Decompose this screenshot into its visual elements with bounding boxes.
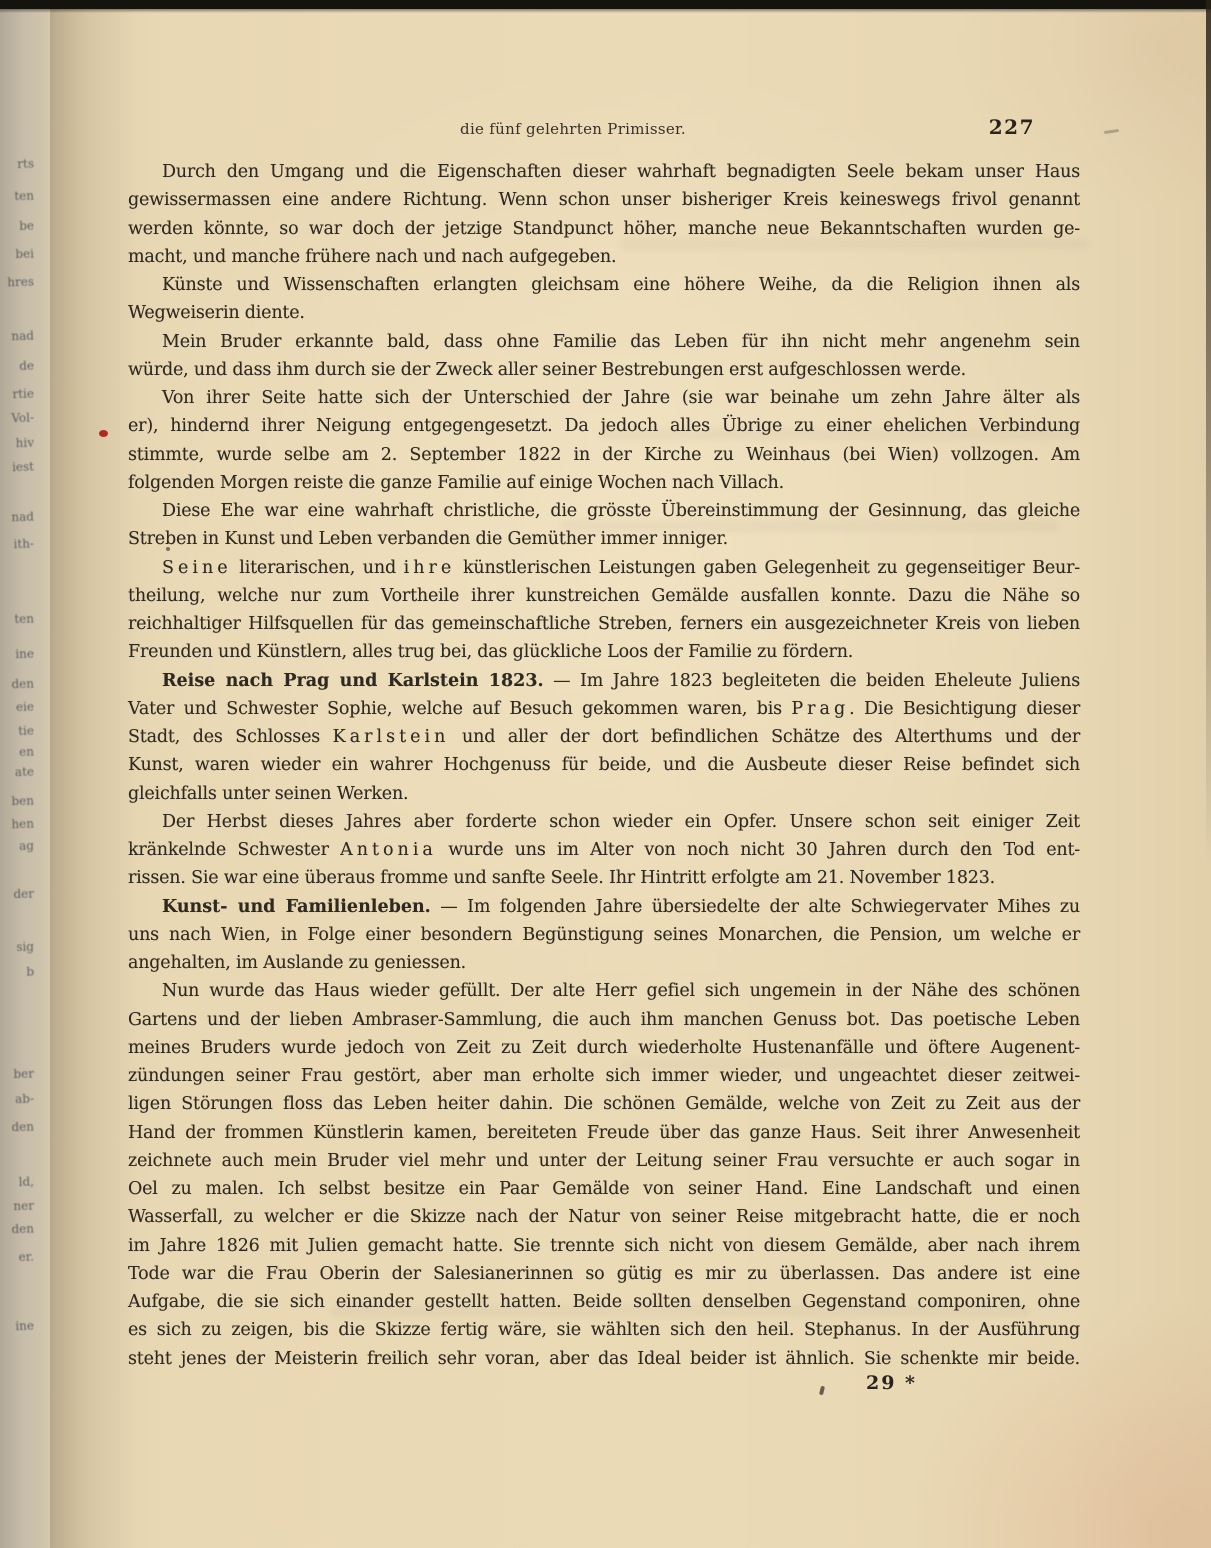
text-line: stimmte, wurde selbe am 2. September 182…	[128, 441, 1080, 469]
text-segment: literarischen, und	[232, 558, 404, 578]
text-segment: Streben in Kunst und Leben verbanden die…	[128, 529, 728, 549]
text-segment: Vater und Schwester Sophie, welche auf B…	[128, 699, 791, 719]
text-segment: gewissermassen eine andere Richtung. Wen…	[128, 190, 1080, 210]
text-line: Tode war die Frau Oberin der Salesianeri…	[128, 1260, 1080, 1288]
text-line: Durch den Umgang und die Eigenschaften d…	[128, 158, 1080, 186]
letterspaced-text: Antonia	[340, 840, 437, 860]
gutter-text-fragment: den	[0, 1222, 34, 1237]
gutter-text-fragment: der	[0, 887, 34, 902]
text-segment: — Im Jahre 1823 begleiteten die beiden E…	[544, 671, 1080, 691]
text-segment: würde, und dass ihm durch sie der Zweck …	[128, 360, 966, 380]
gutter-text-fragment: en	[0, 745, 34, 760]
text-line: angehalten, im Auslande zu geniessen.	[128, 949, 1080, 977]
text-line: Kunst, waren wieder ein wahrer Hochgenus…	[128, 751, 1080, 779]
text-line: Künste und Wissenschaften erlangten glei…	[128, 271, 1080, 299]
text-segment: reichhaltiger Hilfsquellen für das gemei…	[128, 614, 1080, 634]
page-number: 227	[989, 115, 1035, 139]
text-line: Nun wurde das Haus wieder gefüllt. Der a…	[128, 977, 1080, 1005]
paragraph: Mein Bruder erkannte bald, dass ohne Fam…	[128, 328, 1080, 385]
text-segment: Stadt, des Schlosses	[128, 727, 333, 747]
text-line: Oel zu malen. Ich selbst besitze ein Paa…	[128, 1175, 1080, 1203]
running-header-title: die fünf gelehrten Primisser.	[128, 120, 1018, 138]
bold-text: Reise nach Prag und Karlstein 1823.	[162, 671, 544, 691]
text-segment: Der Herbst dieses Jahres aber forderte s…	[162, 812, 1080, 832]
text-line: kränkelnde Schwester Antonia wurde uns i…	[128, 836, 1080, 864]
text-segment: Durch den Umgang und die Eigenschaften d…	[162, 162, 1080, 182]
gutter-text-fragment: ith-	[0, 537, 34, 552]
body-text-block: Durch den Umgang und die Eigenschaften d…	[128, 158, 1080, 1373]
gutter-text-fragment: ld,	[0, 1175, 34, 1190]
text-segment: ligen Störungen floss das Leben heiter d…	[128, 1094, 1080, 1114]
text-segment: . Die Besichtigung dieser	[849, 699, 1080, 719]
gutter-text-fragment: ate	[0, 765, 34, 780]
bold-text: Kunst- und Familienleben.	[162, 897, 431, 917]
text-segment: uns nach Wien, in Folge einer besondern …	[128, 925, 1080, 945]
text-segment: gleichfalls unter seinen Werken.	[128, 784, 408, 804]
text-segment: und aller der dort befindlichen Schätze …	[449, 727, 1080, 747]
text-segment: stimmte, wurde selbe am 2. September 182…	[128, 445, 1080, 465]
text-line: folgenden Morgen reiste die ganze Famili…	[128, 469, 1080, 497]
text-line: macht, und manche frühere nach und nach …	[128, 243, 1080, 271]
gutter-text-fragment: er.	[0, 1250, 34, 1265]
text-line: es sich zu zeigen, bis die Skizze fertig…	[128, 1316, 1080, 1344]
text-line: gewissermassen eine andere Richtung. Wen…	[128, 186, 1080, 214]
gutter-text-fragment: nad	[0, 510, 34, 525]
text-segment: Kunst, waren wieder ein wahrer Hochgenus…	[128, 755, 1080, 775]
gutter-text-fragment: Vol-	[0, 411, 34, 426]
text-line: reichhaltiger Hilfsquellen für das gemei…	[128, 610, 1080, 638]
letterspaced-text: ihre	[404, 558, 456, 578]
text-line: im Jahre 1826 mit Julien gemacht hatte. …	[128, 1232, 1080, 1260]
text-segment: macht, und manche frühere nach und nach …	[128, 247, 616, 267]
text-segment: es sich zu zeigen, bis die Skizze fertig…	[128, 1320, 1080, 1340]
text-line: Streben in Kunst und Leben verbanden die…	[128, 525, 1080, 553]
gutter-text-fragment: ag	[0, 839, 34, 854]
text-line: ligen Störungen floss das Leben heiter d…	[128, 1090, 1080, 1118]
text-line: Hand der frommen Künstlerin kamen, berei…	[128, 1119, 1080, 1147]
text-segment: Hand der frommen Künstlerin kamen, berei…	[128, 1123, 1080, 1143]
text-segment: rissen. Sie war eine überaus fromme und …	[128, 868, 995, 888]
text-line: Wegweiserin diente.	[128, 299, 1080, 327]
pencil-mark	[1104, 129, 1119, 134]
text-line: meines Bruders wurde jedoch von Zeit zu …	[128, 1034, 1080, 1062]
gutter-text-fragment: iest	[0, 460, 34, 475]
gutter-text-fragment: bei	[0, 247, 34, 262]
running-header-row: die fünf gelehrten Primisser. 227	[128, 117, 1080, 143]
gutter-text-fragment: ine	[0, 1319, 34, 1334]
text-segment: meines Bruders wurde jedoch von Zeit zu …	[128, 1038, 1080, 1058]
sheet-signature: 29 *	[866, 1372, 917, 1394]
text-segment: werden könnte, so war doch der jetzige S…	[128, 219, 1080, 239]
text-segment: Wegweiserin diente.	[128, 303, 305, 323]
gutter-text-fragment: nad	[0, 329, 34, 344]
text-segment: künstlerischen Leistungen gaben Gelegenh…	[455, 558, 1080, 578]
gutter-text-fragment: de	[0, 359, 34, 374]
text-segment: Diese Ehe war eine wahrhaft christliche,…	[162, 501, 1080, 521]
paragraph: Seine literarischen, und ihre künstleris…	[128, 554, 1080, 667]
text-line: Reise nach Prag und Karlstein 1823. — Im…	[128, 667, 1080, 695]
text-segment: zeichnete auch mein Bruder viel mehr und…	[128, 1151, 1080, 1171]
gutter-text-fragment: ner	[0, 1199, 34, 1214]
paragraph: Kunst- und Familienleben. — Im folgenden…	[128, 893, 1080, 978]
text-line: Mein Bruder erkannte bald, dass ohne Fam…	[128, 328, 1080, 356]
text-segment: steht jenes der Meisterin freilich sehr …	[128, 1349, 1080, 1369]
text-segment: Freunden und Künstlern, alles trug bei, …	[128, 642, 853, 662]
text-segment: kränkelnde Schwester	[128, 840, 340, 860]
text-segment: folgenden Morgen reiste die ganze Famili…	[128, 473, 784, 493]
text-segment: Von ihrer Seite hatte sich der Unterschi…	[162, 388, 1080, 408]
gutter-text-fragment: hiv	[0, 436, 34, 451]
gutter-text-fragment: den	[0, 1120, 34, 1135]
gutter-text-fragment: sig	[0, 940, 34, 955]
text-segment: zündungen seiner Frau gestört, aber man …	[128, 1066, 1080, 1086]
text-line: steht jenes der Meisterin freilich sehr …	[128, 1345, 1080, 1373]
text-line: Vater und Schwester Sophie, welche auf B…	[128, 695, 1080, 723]
paragraph: Der Herbst dieses Jahres aber forderte s…	[128, 808, 1080, 893]
gutter-text-fragment: ten	[0, 189, 34, 204]
text-segment: im Jahre 1826 mit Julien gemacht hatte. …	[128, 1236, 1080, 1256]
paragraph: Nun wurde das Haus wieder gefüllt. Der a…	[128, 977, 1080, 1373]
text-segment: er), hindernd ihrer Neigung entgegengese…	[128, 416, 1080, 436]
gutter-text-fragment: be	[0, 219, 34, 234]
paragraph: Diese Ehe war eine wahrhaft christliche,…	[128, 497, 1080, 554]
text-segment: angehalten, im Auslande zu geniessen.	[128, 953, 466, 973]
ink-speck	[166, 547, 170, 551]
text-line: Seine literarischen, und ihre künstleris…	[128, 554, 1080, 582]
text-segment: Gartens und der lieben Ambraser-Sammlung…	[128, 1010, 1080, 1030]
text-segment: wurde uns im Alter von noch nicht 30 Jah…	[437, 840, 1080, 860]
paragraph: Reise nach Prag und Karlstein 1823. — Im…	[128, 667, 1080, 808]
paragraph: Von ihrer Seite hatte sich der Unterschi…	[128, 384, 1080, 497]
gutter-text-fragment: b	[0, 965, 34, 980]
letterspaced-text: Karlstein	[333, 727, 450, 747]
text-line: er), hindernd ihrer Neigung entgegengese…	[128, 412, 1080, 440]
text-line: zündungen seiner Frau gestört, aber man …	[128, 1062, 1080, 1090]
gutter-text-fragment: tie	[0, 724, 34, 739]
gutter-text-fragment: ben	[0, 794, 34, 809]
scan-edge-top	[0, 0, 1211, 9]
text-line: Aufgabe, die sie sich einander gestellt …	[128, 1288, 1080, 1316]
text-line: Gartens und der lieben Ambraser-Sammlung…	[128, 1006, 1080, 1034]
text-line: Wasserfall, zu welcher er die Skizze nac…	[128, 1203, 1080, 1231]
gutter-text-fragment: eie	[0, 700, 34, 715]
text-segment: Wasserfall, zu welcher er die Skizze nac…	[128, 1207, 1080, 1227]
gutter-text-fragment: hen	[0, 817, 34, 832]
text-segment: — Im folgenden Jahre übersiedelte der al…	[431, 897, 1080, 917]
scan-edge-right	[1206, 0, 1211, 867]
ink-mark	[819, 1386, 825, 1396]
red-ink-dot	[99, 430, 108, 437]
text-line: würde, und dass ihm durch sie der Zweck …	[128, 356, 1080, 384]
text-line: rissen. Sie war eine überaus fromme und …	[128, 864, 1080, 892]
text-line: Von ihrer Seite hatte sich der Unterschi…	[128, 384, 1080, 412]
letterspaced-text: Seine	[162, 558, 232, 578]
text-segment: Oel zu malen. Ich selbst besitze ein Paa…	[128, 1179, 1080, 1199]
text-line: zeichnete auch mein Bruder viel mehr und…	[128, 1147, 1080, 1175]
text-line: werden könnte, so war doch der jetzige S…	[128, 215, 1080, 243]
text-line: Stadt, des Schlosses Karlstein und aller…	[128, 723, 1080, 751]
text-line: Kunst- und Familienleben. — Im folgenden…	[128, 893, 1080, 921]
text-line: Der Herbst dieses Jahres aber forderte s…	[128, 808, 1080, 836]
text-segment: Aufgabe, die sie sich einander gestellt …	[128, 1292, 1080, 1312]
gutter-text-fragment: den	[0, 677, 34, 692]
gutter-text-fragment: ber	[0, 1067, 34, 1082]
gutter-text-fragment: ten	[0, 612, 34, 627]
gutter-text-fragment: rts	[0, 157, 34, 172]
gutter-text-fragment: hres	[0, 275, 34, 290]
text-line: gleichfalls unter seinen Werken.	[128, 780, 1080, 808]
text-line: Diese Ehe war eine wahrhaft christliche,…	[128, 497, 1080, 525]
text-line: theilung, welche nur zum Vortheile ihrer…	[128, 582, 1080, 610]
text-segment: Künste und Wissenschaften erlangten glei…	[162, 275, 1080, 295]
letterspaced-text: Prag	[791, 699, 849, 719]
gutter-text-fragment: ab-	[0, 1092, 34, 1107]
gutter-text-fragment: rtie	[0, 387, 34, 402]
text-segment: Tode war die Frau Oberin der Salesianeri…	[128, 1264, 1080, 1284]
paragraph: Künste und Wissenschaften erlangten glei…	[128, 271, 1080, 328]
gutter-text-fragment: ine	[0, 647, 34, 662]
text-line: uns nach Wien, in Folge einer besondern …	[128, 921, 1080, 949]
text-line: Freunden und Künstlern, alles trug bei, …	[128, 638, 1080, 666]
gutter-shadow	[50, 0, 138, 1548]
paragraph: Durch den Umgang und die Eigenschaften d…	[128, 158, 1080, 271]
scanned-book-page: die fünf gelehrten Primisser. 227 Durch …	[0, 0, 1211, 1548]
text-segment: Nun wurde das Haus wieder gefüllt. Der a…	[162, 981, 1080, 1001]
text-segment: theilung, welche nur zum Vortheile ihrer…	[128, 586, 1080, 606]
text-segment: Mein Bruder erkannte bald, dass ohne Fam…	[162, 332, 1080, 352]
